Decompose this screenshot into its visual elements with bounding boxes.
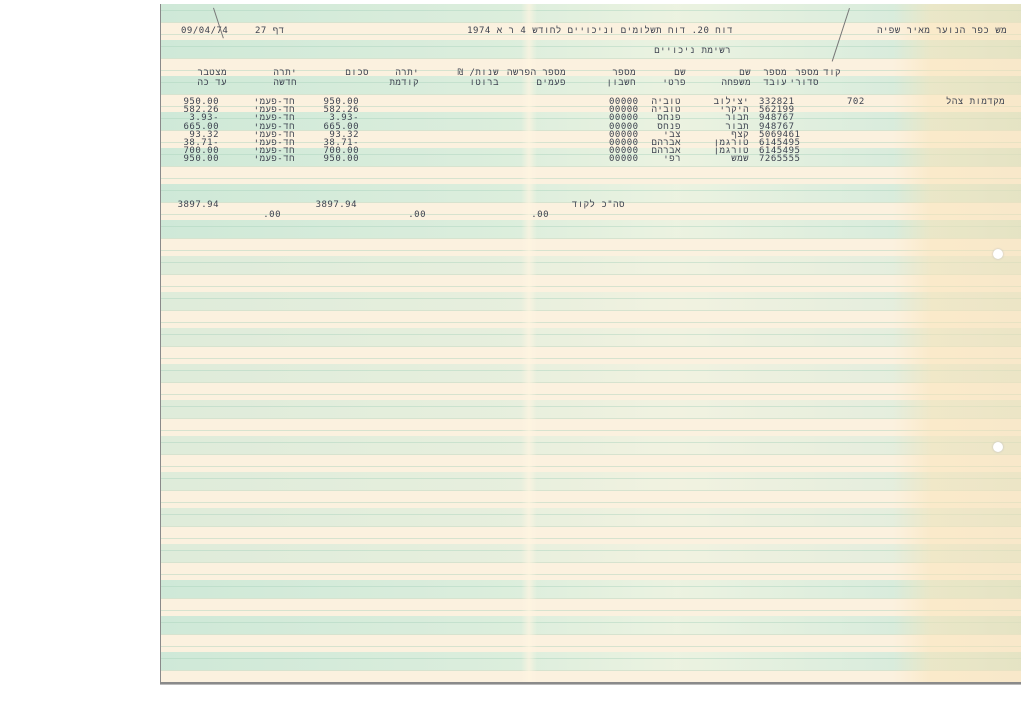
ruled-line	[161, 478, 1021, 479]
ruled-line	[161, 250, 1021, 251]
ruled-line	[161, 550, 1021, 551]
ruled-line	[161, 382, 1021, 383]
ruled-line	[161, 514, 1021, 515]
greenbar-band	[161, 4, 1021, 22]
report-subtitle: רשימת ניכויים	[601, 46, 731, 56]
ruled-line	[161, 394, 1021, 395]
greenbar-band	[161, 616, 1021, 634]
ruled-line	[161, 178, 1021, 179]
ruled-line	[161, 190, 1021, 191]
ruled-line	[161, 214, 1021, 215]
total-brutto: .00	[519, 210, 549, 220]
ruled-line	[161, 22, 1021, 23]
ruled-line	[161, 526, 1021, 527]
greenbar-band	[161, 220, 1021, 238]
col-mitztaber: מצטברעד כה	[187, 68, 227, 88]
cell-type: חד-פעמי	[247, 154, 295, 164]
ruled-line	[161, 670, 1021, 671]
ruled-line	[161, 430, 1021, 431]
ruled-line	[161, 10, 1021, 11]
greenbar-band	[161, 472, 1021, 490]
greenbar-band	[161, 328, 1021, 346]
ruled-line	[161, 610, 1021, 611]
ruled-line	[161, 406, 1021, 407]
col-shem-prati: שםפרטי	[646, 68, 686, 88]
cell-family: שמש	[691, 154, 749, 164]
ruled-line	[161, 418, 1021, 419]
greenbar-band	[161, 508, 1021, 526]
ruled-line	[161, 358, 1021, 359]
greenbar-band	[161, 652, 1021, 670]
greenbar-band	[161, 292, 1021, 310]
col-yitra-kodemet: יתרהקודמת	[379, 68, 419, 88]
greenbar-band	[161, 580, 1021, 598]
greenbar-band	[161, 544, 1021, 562]
ruled-line	[161, 454, 1021, 455]
ruled-line	[161, 262, 1021, 263]
cell-cumulative: 950.00	[171, 154, 219, 164]
ruled-line	[161, 226, 1021, 227]
greenbar-band	[161, 364, 1021, 382]
col-sachom: סכום	[329, 68, 369, 78]
report-title: דוח 20. דוח תשלומים וניכויים לחודש 4 ר א…	[433, 26, 733, 36]
greenbar-band	[161, 436, 1021, 454]
ruled-line	[161, 94, 1021, 95]
total-yitra-kodemet: .00	[396, 210, 426, 220]
ruled-line	[161, 286, 1021, 287]
col-yitra-chadasha: יתרהחדשה	[257, 68, 297, 88]
ruled-line	[161, 634, 1021, 635]
cell-account: 00000	[609, 154, 643, 164]
col-shem-mishpacha: שםמשפחה	[711, 68, 751, 88]
ruled-line	[161, 586, 1021, 587]
page-fold	[521, 4, 537, 682]
ruled-line	[161, 646, 1021, 647]
ruled-line	[161, 622, 1021, 623]
ruled-line	[161, 502, 1021, 503]
ruled-line	[161, 466, 1021, 467]
ruled-line	[161, 166, 1021, 167]
col-mispar-oved: מספרעובד	[747, 68, 787, 88]
col-shnot-brutto: שנות/ ₪ברוטו	[439, 68, 499, 88]
total-cumulative: 3897.94	[171, 200, 219, 210]
ruled-line	[161, 562, 1021, 563]
ruled-line	[161, 238, 1021, 239]
ruled-line	[161, 46, 1021, 47]
ruled-line	[161, 538, 1021, 539]
ruled-line	[161, 334, 1021, 335]
ruled-line	[161, 346, 1021, 347]
printout-sheet: 09/04/74 דף 27 דוח 20. דוח תשלומים וניכו…	[160, 4, 1021, 684]
col-mispar-cheshbon: מספרחשבון	[596, 68, 636, 88]
punch-hole	[993, 442, 1003, 452]
ruled-line	[161, 58, 1021, 59]
ruled-line	[161, 370, 1021, 371]
cell-oved: 7265555	[759, 154, 803, 164]
ruled-line	[161, 598, 1021, 599]
ruled-line	[161, 322, 1021, 323]
greenbar-band	[161, 400, 1021, 418]
ruled-line	[161, 682, 1021, 683]
cell-first: רפי	[641, 154, 681, 164]
page-number: דף 27	[255, 26, 285, 36]
total-sum: 3897.94	[309, 200, 357, 210]
ruled-line	[161, 574, 1021, 575]
ruled-line	[161, 310, 1021, 311]
col-mispar-sidori: מספרסדורי	[783, 68, 819, 88]
section-code: 702	[847, 97, 865, 107]
section-name: מקדמות צהל	[901, 97, 1005, 107]
company-name: מש כפר הנוער מאיר שפיה	[761, 26, 1007, 36]
cell-amount: 950.00	[311, 154, 359, 164]
col-mispar-hafrasha: מספר הפרשהפעמים	[496, 68, 566, 88]
punch-hole	[993, 249, 1003, 259]
ruled-line	[161, 490, 1021, 491]
ruled-line	[161, 298, 1021, 299]
greenbar-band	[161, 256, 1021, 274]
ruled-line	[161, 274, 1021, 275]
ruled-line	[161, 658, 1021, 659]
total-label: סה"כ לקוד	[551, 200, 625, 210]
ruled-line	[161, 442, 1021, 443]
greenbar-band	[161, 40, 1021, 58]
total-yitra-chadasha: .00	[251, 210, 281, 220]
